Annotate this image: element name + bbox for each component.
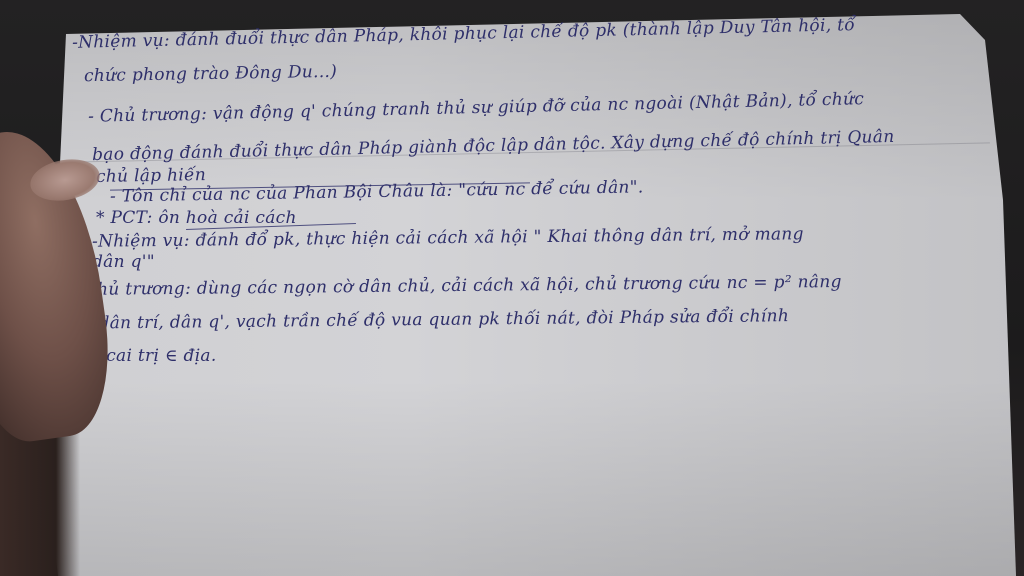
note-line: -Nhiệm vụ: đánh đuổi thực dân Pháp, khôi… bbox=[72, 15, 855, 53]
photo-scene: -Nhiệm vụ: đánh đuổi thực dân Pháp, khôi… bbox=[0, 0, 1024, 576]
note-line: chức phong trào Đông Du...) bbox=[84, 62, 337, 86]
note-line: - Chủ trương: dùng các ngọn cờ dân chủ, … bbox=[72, 272, 842, 300]
note-line: cao dân trí, dân q', vạch trần chế độ vu… bbox=[62, 306, 789, 334]
note-line: * PCT: ôn hoà cải cách bbox=[96, 208, 297, 228]
note-line: - Chủ trương: vận động q' chúng tranh th… bbox=[88, 89, 864, 127]
note-line: dân q'" bbox=[92, 252, 155, 272]
note-line: chủ lập hiến bbox=[96, 165, 206, 187]
note-line: bạo động đánh đuổi thực dân Pháp giành đ… bbox=[92, 127, 895, 165]
handwritten-notes: -Nhiệm vụ: đánh đuổi thực dân Pháp, khôi… bbox=[0, 0, 1024, 576]
